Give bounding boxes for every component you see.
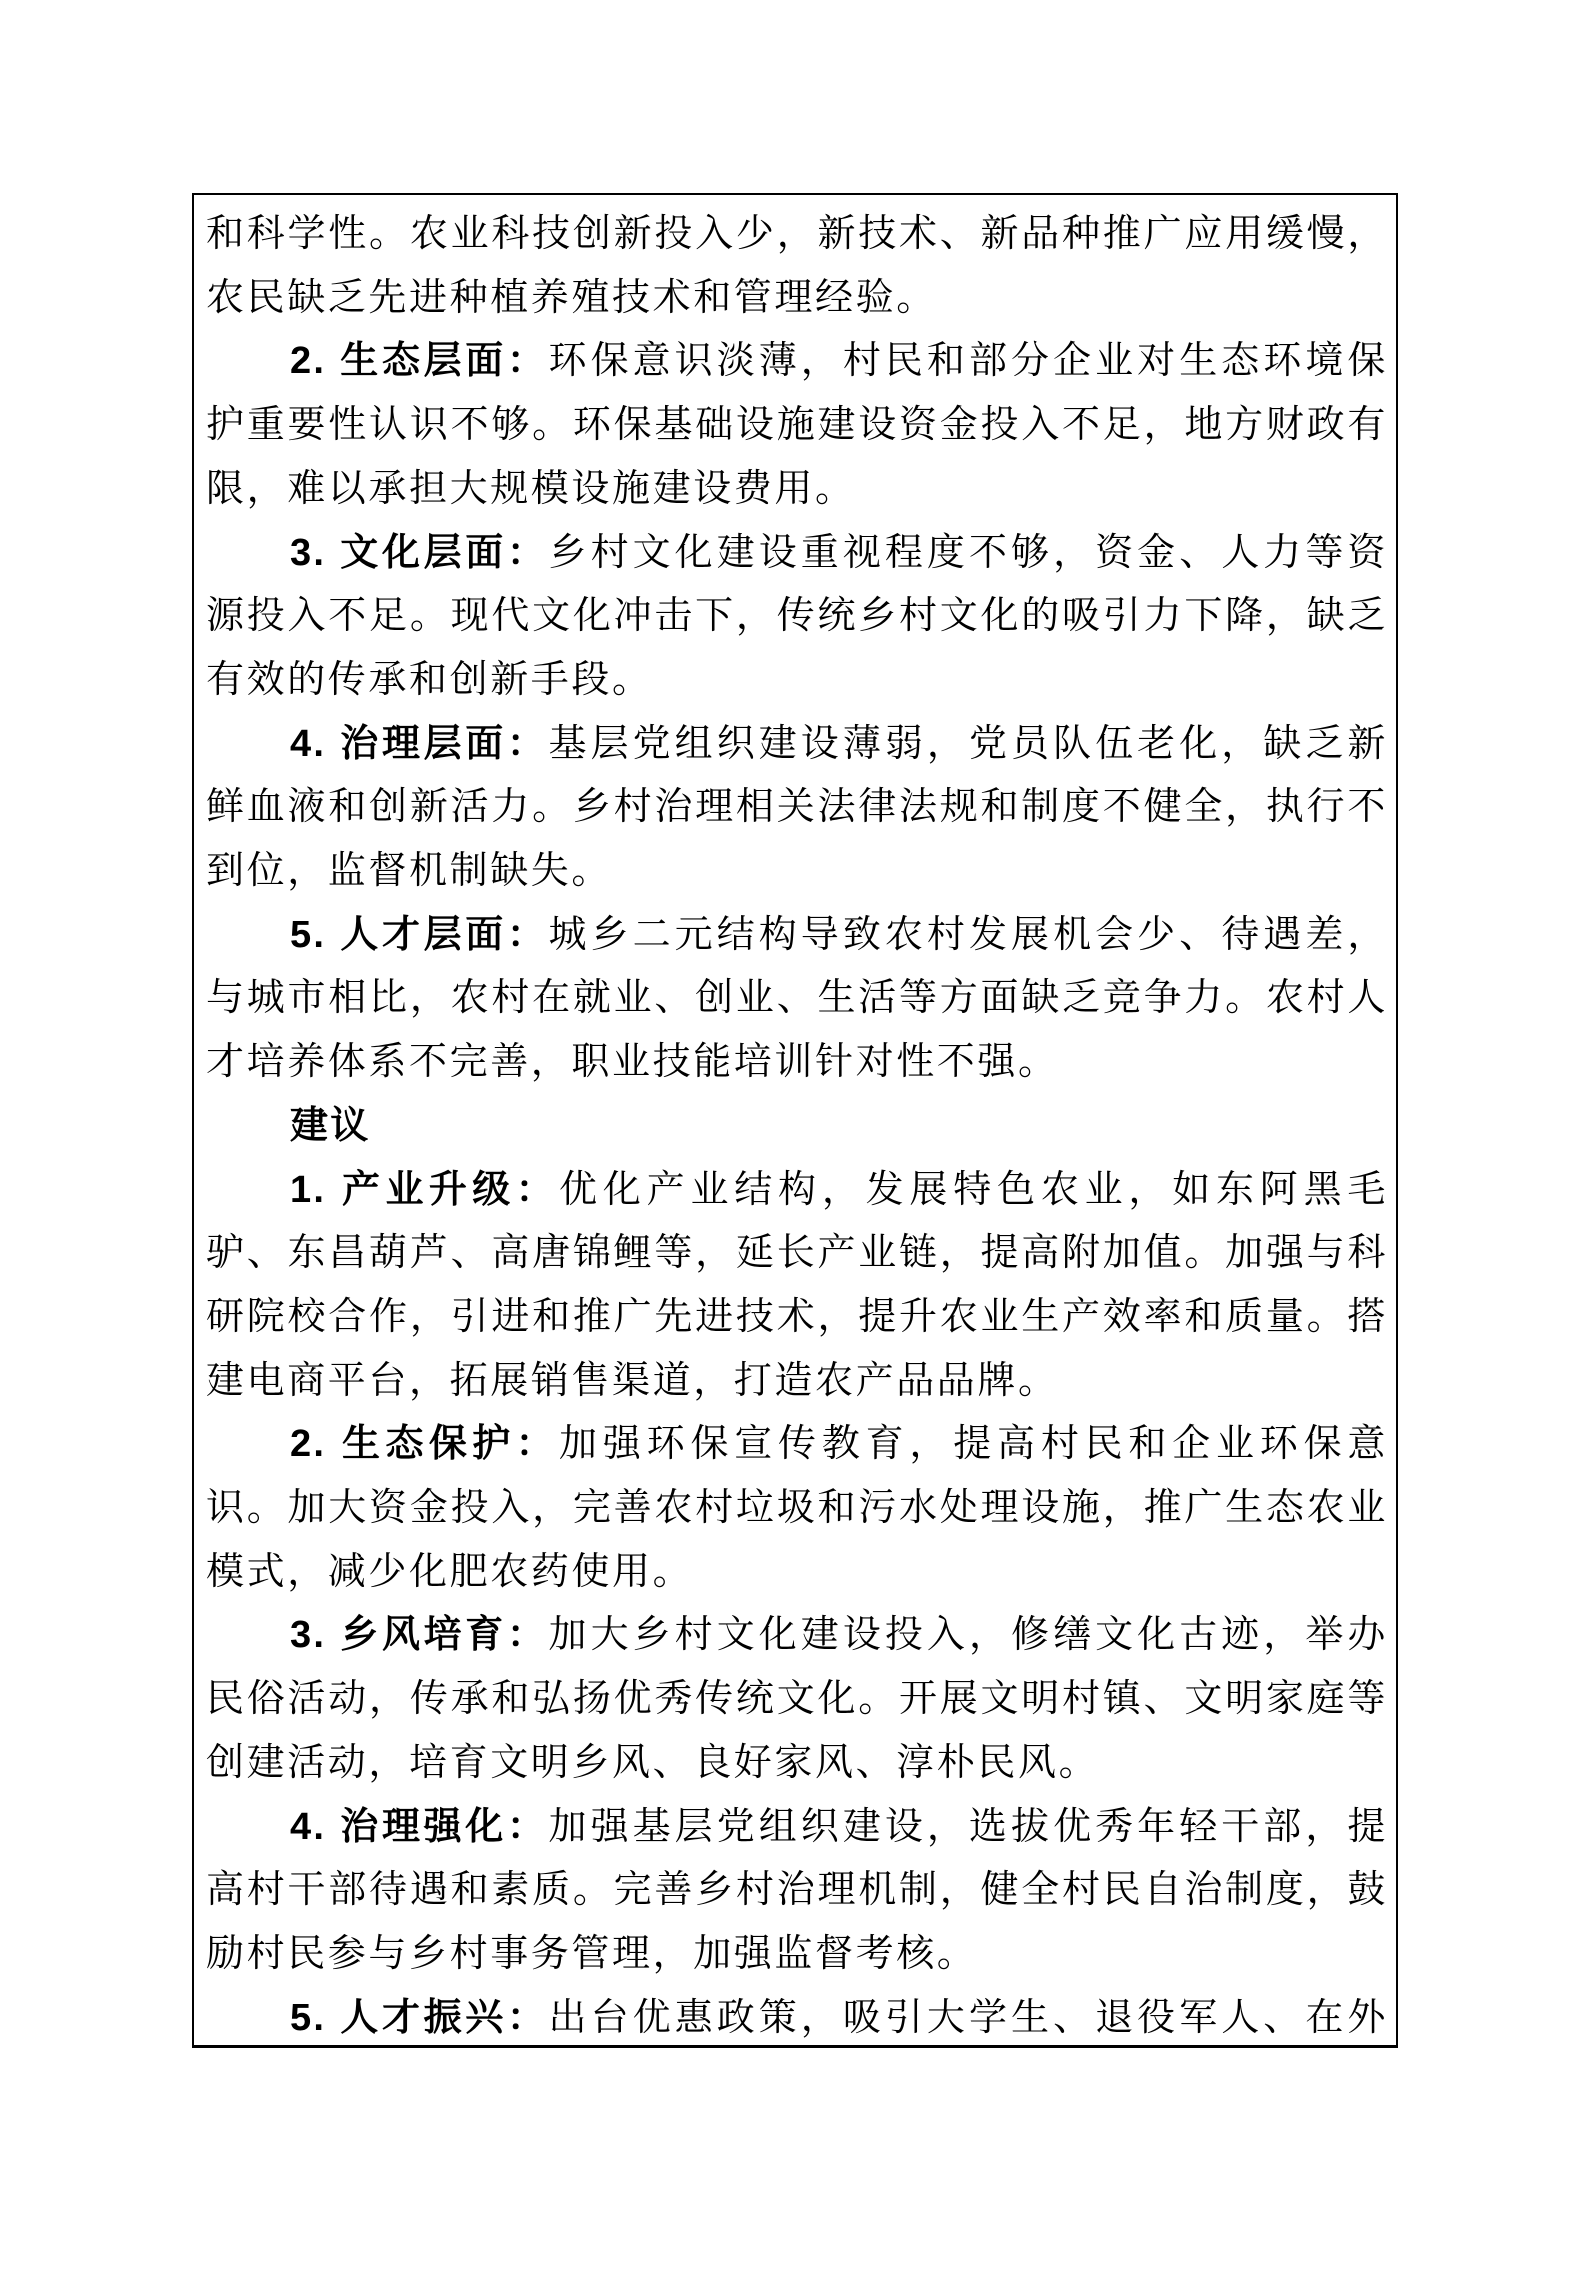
table-cell: 和科学性。农业科技创新投入少，新技术、新品种推广应用缓慢，农民缺乏先进种植养殖技… <box>192 193 1398 2048</box>
section-heading-label: 建议 <box>290 1105 370 1147</box>
paragraph: 5. 人才层面：城乡二元结构导致农村发展机会少、待遇差，与城市相比，农村在就业、… <box>206 904 1388 1095</box>
paragraph-lead: 5. 人才振兴： <box>290 1997 549 2039</box>
paragraph-lead: 3. 文化层面： <box>290 532 549 574</box>
paragraph-lead: 3. 乡风培育： <box>290 1614 549 1656</box>
paragraph-lead: 2. 生态保护： <box>290 1423 559 1465</box>
paragraph: 4. 治理层面：基层党组织建设薄弱，党员队伍老化，缺乏新鲜血液和创新活力。乡村治… <box>206 713 1388 904</box>
paragraph: 和科学性。农业科技创新投入少，新技术、新品种推广应用缓慢，农民缺乏先进种植养殖技… <box>206 203 1388 330</box>
paragraph-text: 和科学性。农业科技创新投入少，新技术、新品种推广应用缓慢，农民缺乏先进种植养殖技… <box>206 213 1388 319</box>
paragraph: 5. 人才振兴：出台优惠政策，吸引大学生、退役军人、在外务 <box>206 1987 1388 2048</box>
paragraph: 2. 生态层面：环保意识淡薄，村民和部分企业对生态环境保护重要性认识不够。环保基… <box>206 330 1388 521</box>
paragraph: 1. 产业升级：优化产业结构，发展特色农业，如东阿黑毛驴、东昌葫芦、高唐锦鲤等，… <box>206 1159 1388 1414</box>
paragraph-lead: 2. 生态层面： <box>290 340 549 382</box>
paragraph-lead: 5. 人才层面： <box>290 914 549 956</box>
paragraph: 3. 乡风培育：加大乡村文化建设投入，修缮文化古迹，举办民俗活动，传承和弘扬优秀… <box>206 1604 1388 1795</box>
section-heading: 建议 <box>206 1095 1388 1159</box>
document-page: 和科学性。农业科技创新投入少，新技术、新品种推广应用缓慢，农民缺乏先进种植养殖技… <box>0 0 1586 2294</box>
paragraph-lead: 1. 产业升级： <box>290 1169 559 1211</box>
paragraph: 3. 文化层面：乡村文化建设重视程度不够，资金、人力等资源投入不足。现代文化冲击… <box>206 522 1388 713</box>
paragraph-lead: 4. 治理强化： <box>290 1806 549 1848</box>
paragraph: 4. 治理强化：加强基层党组织建设，选拔优秀年轻干部，提高村干部待遇和素质。完善… <box>206 1796 1388 1987</box>
paragraph-lead: 4. 治理层面： <box>290 723 549 765</box>
paragraph: 2. 生态保护：加强环保宣传教育，提高村民和企业环保意识。加大资金投入，完善农村… <box>206 1413 1388 1604</box>
